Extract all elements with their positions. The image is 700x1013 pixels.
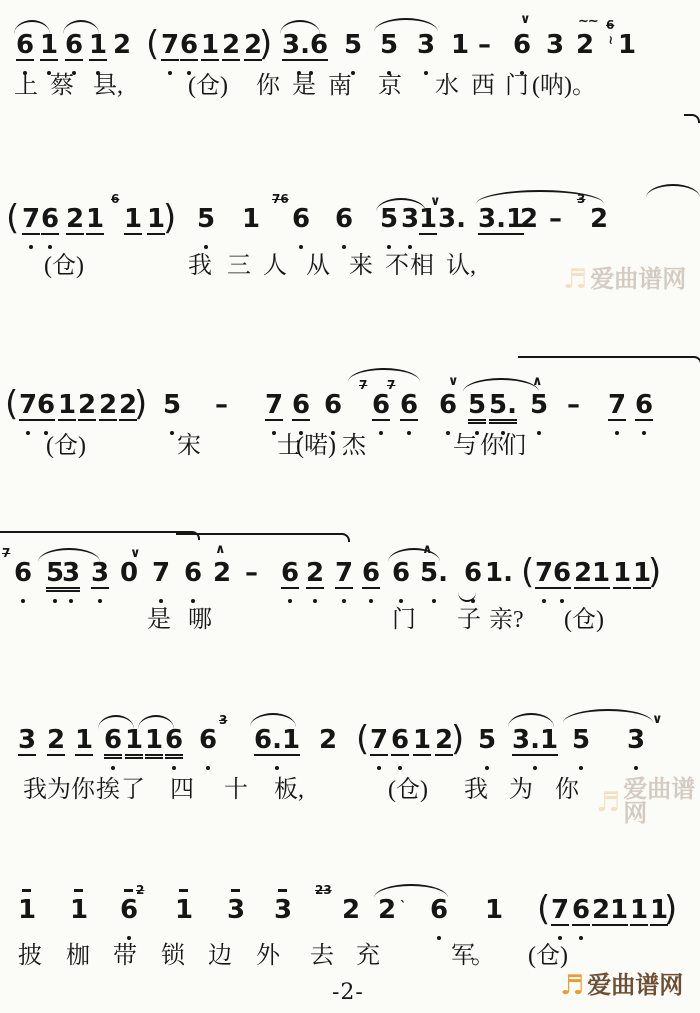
- note-token: 2: [319, 727, 337, 754]
- note-number: 2: [78, 392, 96, 421]
- lyric-char: 亲?: [489, 606, 524, 635]
- octave-dot-icon: [204, 245, 208, 249]
- note-token: 6: [37, 392, 55, 421]
- note-token: 2: [78, 392, 96, 421]
- note-token: 3: [627, 727, 645, 754]
- octave-dots: [184, 595, 202, 603]
- note-token: 2∧: [213, 560, 231, 587]
- note-token: 5: [478, 727, 496, 754]
- note-token: 2: [378, 897, 396, 924]
- octave-dots: [152, 595, 170, 603]
- note-number: 6: [16, 32, 34, 61]
- lyric-char: (仓): [564, 606, 604, 635]
- note-number: 1.: [485, 560, 513, 587]
- octave-dot-icon: [369, 599, 373, 603]
- note-token: 5: [380, 32, 398, 59]
- octave-dots: [572, 762, 590, 770]
- octave-dots: [430, 932, 448, 940]
- slur-arc: [63, 20, 99, 34]
- octave-dots: [22, 241, 40, 249]
- note-number: ): [451, 722, 464, 757]
- octave-dots: [120, 932, 138, 940]
- note-number: (: [356, 722, 369, 757]
- note-number: 3: [91, 560, 109, 589]
- note-token: 3.1: [512, 727, 558, 756]
- note-token: 6∼1: [618, 32, 636, 59]
- lyric-char: 水: [435, 72, 459, 101]
- note-token: ): [259, 32, 272, 67]
- octave-dot-icon: [288, 599, 292, 603]
- note-token: 2∼∼: [576, 32, 594, 59]
- note-number: 3.6: [282, 32, 328, 61]
- note-token: 232: [342, 897, 360, 924]
- lyric-char: 十: [224, 776, 248, 805]
- slur-arc: [348, 368, 420, 382]
- note-token: 5: [344, 32, 362, 59]
- note-number: 7: [551, 897, 569, 926]
- octave-dots: [335, 595, 353, 603]
- octave-dot-icon: [533, 766, 537, 770]
- octave-dots: [91, 595, 109, 603]
- note-token: 76: [14, 560, 32, 587]
- octave-dots: [197, 241, 215, 249]
- note-number: 5: [344, 32, 362, 59]
- note-token: 2: [47, 727, 65, 756]
- note-number: 7: [370, 727, 388, 756]
- octave-dot-icon: [615, 431, 619, 435]
- note-number: 6: [335, 206, 353, 233]
- note-number: 3: [274, 897, 292, 924]
- note-number: 3: [18, 727, 36, 756]
- lyric-char: (喏): [296, 432, 336, 461]
- note-token: 6: [180, 32, 198, 61]
- lyric-char: 外: [256, 942, 280, 971]
- note-number: 1: [201, 32, 219, 61]
- note-number: 6: [572, 897, 590, 926]
- octave-dot-icon: [26, 431, 30, 435]
- note-token: 2: [113, 32, 131, 59]
- octave-dots: [401, 241, 419, 249]
- music-note-icon: ♬: [596, 789, 620, 816]
- note-number: 1: [75, 727, 93, 756]
- lyric-char: 相: [410, 252, 434, 281]
- note-token: (: [521, 560, 534, 595]
- octave-dots: [19, 427, 37, 435]
- note-number: 6: [165, 727, 183, 756]
- note-token: 6: [16, 32, 34, 61]
- note-number: 2: [213, 560, 231, 587]
- octave-dots: [420, 595, 448, 603]
- note-number: 6.1: [254, 727, 300, 756]
- note-token: 5: [197, 206, 215, 233]
- slur-arc: [280, 20, 320, 34]
- note-number: 6: [553, 560, 571, 589]
- note-token: 6: [281, 560, 299, 589]
- note-number: 6: [513, 32, 531, 59]
- note-number: 1: [89, 32, 107, 61]
- lyric-char: 子: [457, 606, 481, 635]
- phrase-line: [684, 114, 700, 123]
- note-number: 3: [62, 560, 80, 589]
- note-token: 6: [635, 392, 653, 421]
- note-token: 36: [199, 727, 217, 754]
- note-number: 2: [47, 727, 65, 756]
- note-number: 2: [66, 206, 84, 235]
- note-number: 5: [380, 32, 398, 59]
- slur-arc: [646, 184, 700, 198]
- page-number: -2-: [332, 980, 364, 1005]
- note-token: 6: [324, 392, 342, 419]
- note-token: 6: [65, 32, 83, 61]
- note-token: 1: [86, 206, 104, 235]
- note-number: 6: [199, 727, 217, 754]
- octave-dot-icon: [275, 766, 279, 770]
- note-token: 3.6: [282, 32, 328, 61]
- note-number: 5: [572, 727, 590, 754]
- note-token: 7: [265, 392, 283, 421]
- note-number: 3: [546, 32, 564, 59]
- note-number: 2: [576, 32, 594, 59]
- note-token: ): [451, 727, 464, 762]
- watermark-faint-1: ♬ 爱曲谱网: [563, 266, 686, 293]
- note-number: –: [245, 560, 258, 587]
- octave-dot-icon: [437, 936, 441, 940]
- note-number: 1: [175, 897, 193, 924]
- octave-dot-icon: [634, 766, 638, 770]
- note-token: 26: [120, 897, 138, 924]
- note-number: –: [478, 32, 491, 59]
- note-token: 5.∧: [420, 560, 448, 587]
- octave-dot-icon: [168, 71, 172, 75]
- note-number: 6: [362, 560, 380, 589]
- lyric-char: (仓): [388, 776, 428, 805]
- grace-note: 6: [111, 193, 119, 205]
- note-number: –: [567, 392, 580, 419]
- octave-dots: [199, 762, 217, 770]
- note-token: –: [215, 392, 228, 419]
- note-number: 3: [227, 897, 245, 924]
- slur-arc: [38, 548, 100, 562]
- note-token: 3.: [438, 206, 466, 233]
- octave-dots: [535, 595, 553, 603]
- note-number: 1: [125, 727, 143, 756]
- note-token: 1: [18, 897, 36, 924]
- octave-dots: [478, 762, 496, 770]
- note-number: 7: [535, 560, 553, 589]
- octave-dot-icon: [387, 245, 391, 249]
- octave-dots: [530, 427, 548, 435]
- note-token: 7: [19, 392, 37, 421]
- octave-dots: [292, 241, 310, 249]
- note-token: 7: [161, 32, 179, 61]
- slur-arc: [563, 709, 653, 723]
- octave-dot-icon: [579, 936, 583, 940]
- phrase-line: [518, 356, 700, 365]
- octave-dots: [281, 595, 299, 603]
- slur-arc: [98, 715, 134, 729]
- note-token: 76: [372, 392, 390, 421]
- note-number: 6: [392, 560, 410, 587]
- note-token: 2: [99, 392, 117, 421]
- score-page: 61612(76122)3.65531–632∼∼6∼1上蔡县,(仓)你是南京水…: [0, 0, 700, 1013]
- note-token: 1.: [485, 560, 513, 587]
- slur-arc: [374, 18, 438, 32]
- note-number: 6: [104, 727, 122, 756]
- watermark-faint-2: ♬ 爱曲谱网: [596, 778, 700, 826]
- octave-dot-icon: [313, 599, 317, 603]
- note-number: 1: [630, 897, 648, 926]
- note-number: 7: [22, 206, 40, 235]
- note-number: 7: [335, 560, 353, 589]
- lyric-char: 你: [71, 776, 95, 805]
- lyric-char: 去: [310, 942, 334, 971]
- note-token: 6: [165, 727, 183, 756]
- lyric-char: 边: [208, 942, 232, 971]
- note-number: 6: [37, 392, 55, 421]
- note-number: 2: [342, 897, 360, 924]
- note-number: 2: [520, 206, 538, 233]
- note-number: 7: [19, 392, 37, 421]
- note-number: (: [521, 555, 534, 590]
- note-number: (: [146, 27, 159, 62]
- note-token: 3: [546, 32, 564, 59]
- octave-dots: [608, 427, 626, 435]
- note-token: 6: [362, 560, 380, 589]
- watermark-text: 爱曲谱网: [587, 974, 683, 998]
- octave-dot-icon: [399, 599, 403, 603]
- lyric-char: 我: [188, 252, 212, 281]
- note-number: ): [134, 387, 147, 422]
- note-number: 5: [197, 206, 215, 233]
- note-number: 3.: [438, 206, 466, 233]
- note-token: 3: [417, 32, 435, 59]
- note-number: 2: [574, 560, 592, 589]
- note-token: 1: [145, 727, 163, 756]
- note-token: 3: [18, 727, 36, 756]
- breath-mark-icon: ∨: [520, 12, 531, 27]
- note-token: –: [245, 560, 258, 587]
- lyric-char: 南: [328, 72, 352, 101]
- note-token: 1: [201, 32, 219, 61]
- octave-dash-icon: [231, 889, 240, 892]
- note-token: 6: [430, 897, 448, 924]
- note-token: 6: [464, 560, 482, 587]
- lyric-char: (仓): [46, 432, 86, 461]
- lyric-char: 人: [263, 252, 287, 281]
- breath-mark-icon: ˋ: [400, 900, 407, 915]
- note-number: 6: [372, 392, 390, 421]
- breath-mark-icon: ∨: [448, 374, 459, 389]
- note-token: 6: [391, 727, 409, 756]
- octave-dots: [362, 595, 380, 603]
- slide-ornament-icon: ∼: [605, 35, 617, 45]
- lyric-char: 是: [292, 72, 316, 101]
- note-number: 6: [180, 32, 198, 61]
- octave-dots: [400, 427, 418, 435]
- note-token: 32: [590, 206, 608, 233]
- note-number: 6: [41, 206, 59, 235]
- lyric-char: 不: [385, 252, 409, 281]
- lyric-char: (仓): [44, 252, 84, 281]
- note-number: 6: [464, 560, 482, 587]
- note-token: 7: [370, 727, 388, 756]
- note-token: –: [567, 392, 580, 419]
- octave-dots: [370, 762, 388, 770]
- note-token: 5: [163, 392, 181, 419]
- note-number: 6: [184, 560, 202, 587]
- note-token: 6: [392, 560, 410, 587]
- note-number: 1: [40, 32, 58, 61]
- octave-dot-icon: [111, 766, 115, 770]
- note-token: 6.1: [254, 727, 300, 756]
- note-number: 1: [413, 727, 431, 756]
- note-number: ): [259, 27, 272, 62]
- octave-dot-icon: [432, 599, 436, 603]
- octave-dots: [41, 241, 59, 249]
- octave-dash-icon: [124, 889, 133, 892]
- note-number: 6: [391, 727, 409, 756]
- octave-dot-icon: [558, 936, 562, 940]
- note-token: 1: [413, 727, 431, 756]
- note-number: 2: [378, 897, 396, 924]
- note-number: (: [6, 201, 19, 236]
- octave-dot-icon: [560, 599, 564, 603]
- octave-dots: [372, 427, 390, 435]
- lyric-char: 挨: [96, 776, 120, 805]
- slur-arc: [388, 548, 440, 562]
- note-token: 7: [608, 392, 626, 421]
- note-number: 2: [222, 32, 240, 61]
- note-number: 1: [451, 32, 469, 59]
- note-token: ): [648, 560, 661, 595]
- octave-dots: [572, 932, 590, 940]
- note-token: 2: [66, 206, 84, 235]
- octave-dot-icon: [191, 599, 195, 603]
- lyric-char: 县,: [93, 72, 123, 101]
- note-number: 5: [478, 727, 496, 754]
- watermark: ♬ 爱曲谱网: [560, 972, 683, 999]
- octave-dots: [306, 595, 324, 603]
- note-number: 5: [468, 392, 486, 421]
- lyric-char: 板,: [274, 776, 304, 805]
- lyric-char: 认,: [446, 252, 476, 281]
- lyric-char: 们: [502, 432, 526, 461]
- lyric-char: (仓): [188, 72, 228, 101]
- lyric-char: 哪: [188, 606, 212, 635]
- note-token: 1: [485, 897, 503, 924]
- note-token: (: [356, 727, 369, 762]
- ornament-mark-icon: ∧: [215, 543, 225, 556]
- slur-arc: [138, 715, 174, 729]
- grace-note: 6: [606, 19, 614, 31]
- note-token: 2: [520, 206, 538, 233]
- octave-dots: [551, 932, 569, 940]
- note-number: 2: [319, 727, 337, 754]
- lyric-char: 我: [23, 776, 47, 805]
- octave-dots: [14, 595, 32, 603]
- note-token: 2: [592, 897, 610, 926]
- octave-dot-icon: [579, 766, 583, 770]
- lyric-char: 我: [464, 776, 488, 805]
- lyric-char: 你: [555, 776, 579, 805]
- lyric-char: 你: [480, 432, 504, 461]
- lyric-char: 蔡: [50, 72, 74, 101]
- note-number: 1: [124, 206, 142, 235]
- note-token: 3: [62, 560, 80, 589]
- lyric-char: 为: [509, 776, 533, 805]
- note-number: 1: [86, 206, 104, 235]
- note-token: 1: [592, 560, 610, 589]
- note-number: 6: [439, 392, 457, 419]
- note-number: 1: [613, 560, 631, 589]
- grace-note: 7: [2, 547, 10, 559]
- note-token: –: [549, 206, 562, 233]
- note-number: 1: [618, 32, 636, 59]
- phrase-line: [0, 531, 200, 540]
- note-token: 6: [553, 560, 571, 589]
- note-number: 6: [635, 392, 653, 421]
- lyric-char: (呐)。: [532, 72, 596, 101]
- octave-dot-icon: [159, 599, 163, 603]
- breath-mark-icon: ∨: [652, 712, 663, 727]
- note-token: (: [146, 32, 159, 67]
- octave-dash-icon: [22, 889, 31, 892]
- note-number: 0: [120, 560, 138, 587]
- lyric-char: 从: [306, 252, 330, 281]
- note-number: 1: [485, 897, 503, 924]
- note-number: 2: [113, 32, 131, 59]
- note-number: ): [163, 201, 176, 236]
- note-token: 61: [124, 206, 142, 235]
- note-token: 6: [41, 206, 59, 235]
- note-number: 1: [592, 560, 610, 589]
- note-number: 6: [281, 560, 299, 589]
- note-token: 7: [335, 560, 353, 589]
- note-number: 2: [592, 897, 610, 926]
- note-token: 1: [242, 206, 260, 233]
- lyric-char: 。: [471, 942, 495, 971]
- lyric-char: 充: [356, 942, 380, 971]
- note-token: 1: [175, 897, 193, 924]
- note-number: 1: [610, 897, 628, 926]
- octave-dots: [391, 762, 409, 770]
- octave-dots: [165, 762, 183, 770]
- lyric-char: 与: [453, 432, 477, 461]
- lyric-char: 京: [378, 72, 402, 101]
- note-token: 7: [22, 206, 40, 235]
- octave-dot-icon: [272, 431, 276, 435]
- octave-dot-icon: [170, 431, 174, 435]
- octave-dot-icon: [53, 599, 57, 603]
- music-note-icon: ♬: [563, 266, 587, 293]
- note-token: 6: [572, 897, 590, 926]
- octave-dot-icon: [424, 71, 428, 75]
- lyric-char: 你: [256, 72, 280, 101]
- note-number: 6: [324, 392, 342, 419]
- note-token: 7: [551, 897, 569, 926]
- lyric-char: 枷: [66, 942, 90, 971]
- octave-dot-icon: [398, 766, 402, 770]
- note-token: 766: [292, 206, 310, 233]
- note-number: 6: [14, 560, 32, 587]
- note-token: 1: [451, 32, 469, 59]
- note-token: 6: [292, 392, 310, 421]
- music-note-icon: ♬: [560, 972, 584, 999]
- note-token: 7: [535, 560, 553, 589]
- note-token: ): [163, 206, 176, 241]
- octave-dots: [553, 595, 571, 603]
- note-number: 6: [400, 392, 418, 421]
